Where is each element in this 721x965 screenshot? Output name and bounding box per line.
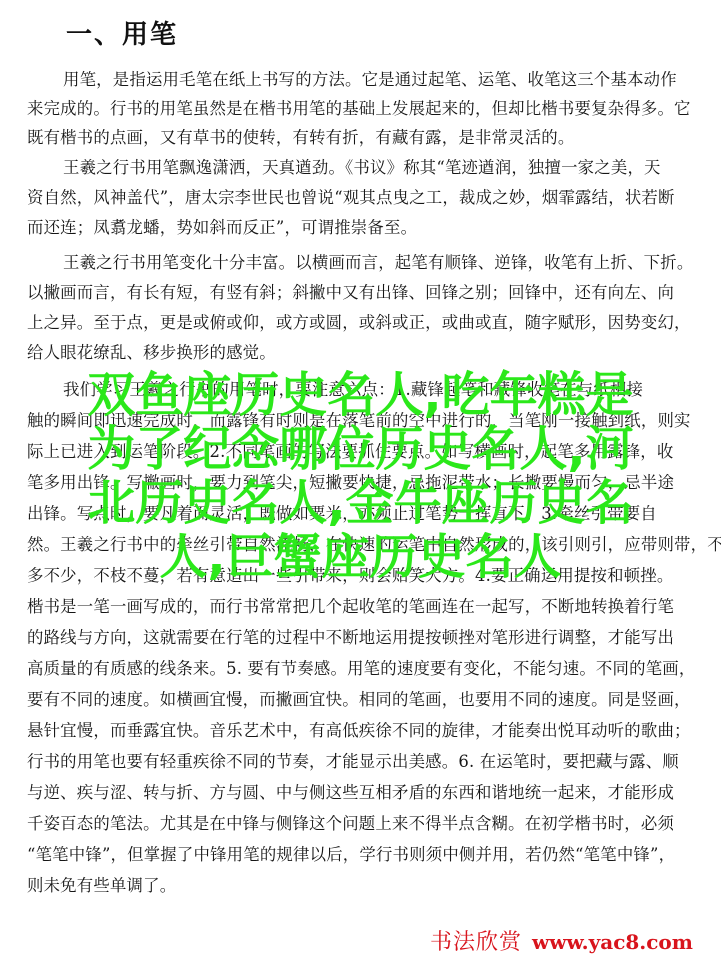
- paragraph-line: 王羲之行书用笔变化十分丰富。以横画而言，起笔有顺锋、逆锋，收笔有上折、下折。: [63, 253, 721, 273]
- paragraph-line: 高质量的有质感的线条来。5. 要有节奏感。用笔的速度要有变化，不能匀速。不同的笔…: [27, 659, 697, 679]
- watermark-label: 书法欣赏: [430, 930, 522, 955]
- paragraph-line: 出锋。写点时，要凡着而灵活，既做如粟米，亦须止过笔势一挥直下。3.牵丝引带要自: [27, 504, 697, 524]
- document-page: 一、用笔 用笔，是指运用毛笔在纸上书写的方法。它是通过起笔、运笔、收笔这三个基本…: [0, 0, 721, 965]
- site-watermark: 书法欣赏www.yac8.com: [430, 925, 693, 956]
- paragraph-line: 要有不同的速度。如横画宜慢，而撇画宜快。相同的笔画，也要用不同的速度。同是竖画，: [27, 690, 697, 710]
- paragraph-line: 笔多用出锋。写撇画时，要力到笔尖，短撇要快捷，忌拖泥带水；长撇要慢而匀，忌半途: [27, 473, 697, 493]
- paragraph-line: 多不少，不枝不蔓，若有意造出一些引带来，则会贻笑大方。4.要正确运用提按和顿挫。: [27, 566, 697, 586]
- paragraph-line: 与逆、疾与涩、转与折、方与圆、中与侧这些互相矛盾的东西和谐地统一起来，才能形成: [27, 783, 697, 803]
- section-heading: 一、用笔: [66, 14, 178, 51]
- paragraph-line: 来完成的。行书的用笔虽然是在楷书用笔的基础上发展起来的，但却比楷书要复杂得多。它: [27, 99, 697, 119]
- paragraph-line: 资自然，风神盖代”，唐太宗李世民也曾说“观其点曳之工，裁成之妙，烟霏露结，状若断: [27, 188, 697, 208]
- paragraph-line: 则未免有些单调了。: [27, 876, 697, 896]
- paragraph-line: 际上已进入到运笔阶段。2.不同笔画的写法要抓住要点。如写横画时，起笔多用露锋，收: [27, 442, 697, 462]
- paragraph-line: 王羲之行书用笔飘逸潇洒，天真遒劲。《书议》称其“笔迹遒润，独擅一家之美，天: [63, 158, 721, 178]
- paragraph-line: 的路线与方向，这就需要在行笔的过程中不断地运用提按顿挫对笔形进行调整，才能写出: [27, 628, 697, 648]
- paragraph-line: 用笔，是指运用毛笔在纸上书写的方法。它是通过起笔、运笔、收笔这三个基本动作: [63, 70, 721, 90]
- paragraph-line: 而还连；凤翥龙蟠，势如斜而反正”，可谓推崇备至。: [27, 218, 697, 238]
- paragraph-line: “笔笔中锋”，但掌握了中锋用笔的规律以后，学行书则须中侧并用，若仍然“笔笔中锋”…: [27, 845, 697, 865]
- paragraph-line: 悬针宜慢，而垂露宜快。音乐艺术中，有高低疾徐不同的旋律，才能奏出悦耳动听的歌曲；: [27, 721, 697, 741]
- paragraph-line: 触的瞬间即迅速完成时，而露锋有时则是在落笔前的空中进行的，当笔刚一接触到纸，则实: [27, 411, 697, 431]
- paragraph-line: 既有楷书的点画，又有草书的使转，有转有折，有藏有露，是非常灵活的。: [27, 128, 697, 148]
- watermark-url: www.yac8.com: [532, 930, 693, 954]
- paragraph-line: 千姿百态的笔法。尤其是在中锋与侧锋这个问题上来不得半点含糊。在初学楷书时，必须: [27, 814, 697, 834]
- paragraph-line: 我们学习王羲之行书的用笔时，要注意六点：1.藏锋起笔和藏锋收笔在与纸相接: [63, 380, 721, 400]
- paragraph-line: 以撇画而言，有长有短，有竖有斜；斜撇中又有出锋、回锋之别；回锋中，还有向左、向: [27, 283, 697, 303]
- paragraph-line: 行书的用笔也要有轻重疾徐不同的节奏，才能显示出美感。6. 在运笔时，要把藏与露、…: [27, 752, 697, 772]
- paragraph-line: 给人眼花缭乱、移步换形的感觉。: [27, 343, 697, 363]
- paragraph-line: 楷书是一笔一画写成的，而行书常常把几个起收笔的笔画连在一起写，不断地转换着行笔: [27, 597, 697, 617]
- paragraph-line: 上之异。至于点，更是或俯或仰，或方或圆，或斜或正，或曲或直，随字赋形，因势变幻，: [27, 313, 697, 333]
- paragraph-line: 然。王羲之行书中的牵丝引带自然流畅，在快速的运笔中自然形成的，该引则引，应带则带…: [27, 535, 697, 555]
